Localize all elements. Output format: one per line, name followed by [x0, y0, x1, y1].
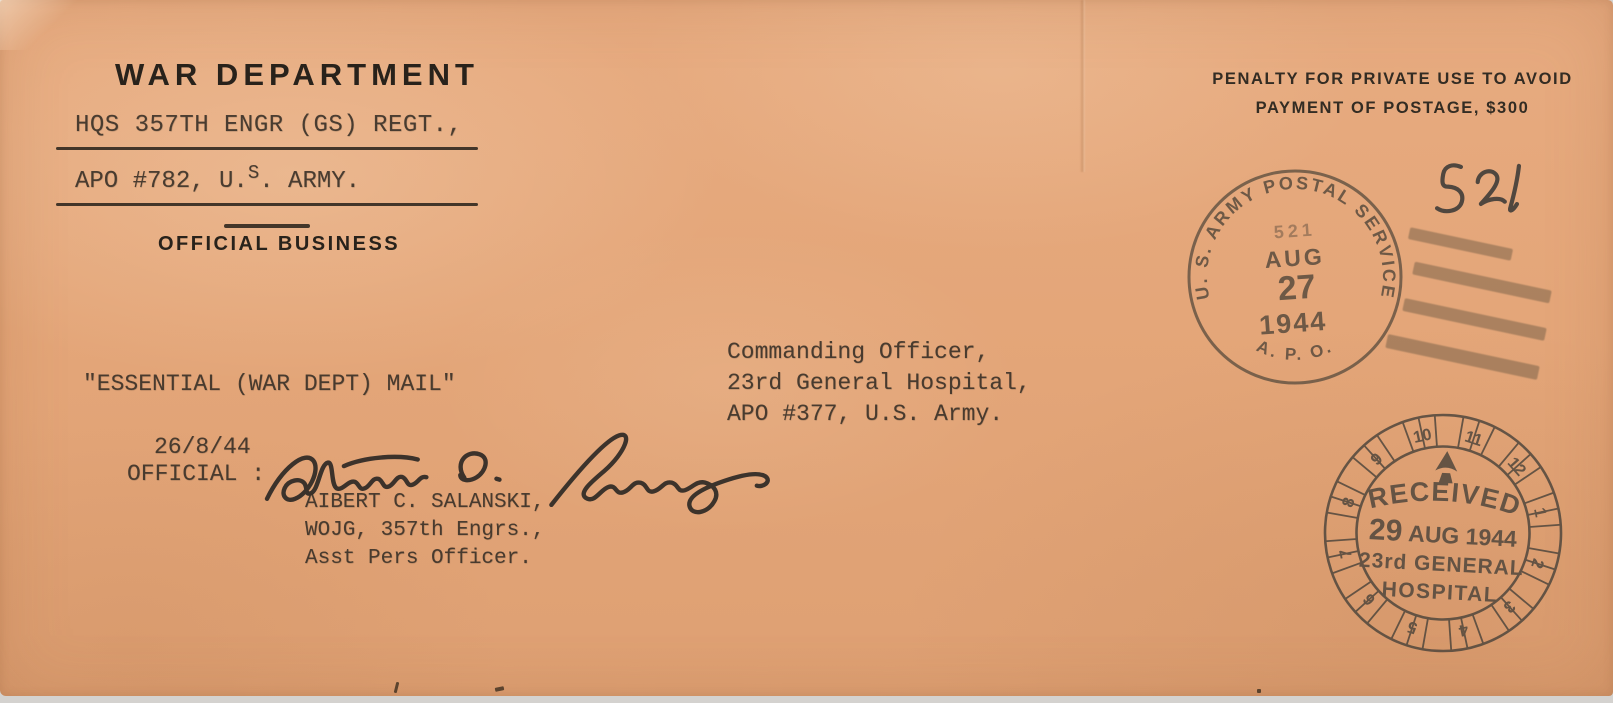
- dial-tick: [1449, 619, 1451, 650]
- dial-number: 1: [1530, 506, 1550, 519]
- dial-number: 4: [1456, 620, 1470, 640]
- sender-apo-line: APO #782, U.S. ARMY.: [75, 168, 360, 195]
- dial-number: 11: [1463, 428, 1485, 451]
- paper-crease: [1080, 0, 1085, 172]
- penalty-indicia: PENALTY FOR PRIVATE USE TO AVOID PAYMENT…: [1195, 70, 1590, 118]
- received-day: 29: [1368, 513, 1403, 548]
- dial-number: 7: [1336, 547, 1356, 560]
- dial-tick: [1332, 563, 1362, 574]
- dial-tick: [1524, 493, 1554, 504]
- postmark-number: 521: [1273, 219, 1316, 242]
- underline-1: [56, 147, 478, 150]
- essential-mail-endorsement: "ESSENTIAL (WAR DEPT) MAIL": [83, 371, 456, 397]
- war-department-title: WAR DEPARTMENT: [115, 57, 479, 93]
- sender-apo-pre: APO #782, U.: [75, 168, 248, 195]
- envelope-scan: WAR DEPARTMENT HQS 357TH ENGR (GS) REGT.…: [0, 0, 1613, 703]
- penalty-line-2: PAYMENT OF POSTAGE, $300: [1195, 99, 1590, 118]
- signer-rank-unit: WOJG, 357th Engrs.,: [305, 517, 544, 545]
- official-label: OFFICIAL :: [127, 461, 265, 487]
- dial-number: 8: [1339, 495, 1359, 509]
- postmark-date-block: 521 AUG 27 1944: [1252, 219, 1330, 341]
- received-month-year: AUG 1944: [1408, 520, 1518, 552]
- dial-tick: [1481, 427, 1495, 455]
- dial-tick: [1521, 571, 1549, 585]
- dial-tick: [1337, 481, 1365, 495]
- short-rule: [224, 224, 310, 228]
- dial-number: 5: [1405, 617, 1419, 637]
- dial-tick: [1327, 513, 1358, 518]
- dial-tick: [1529, 525, 1560, 527]
- recipient-line-2: 23rd General Hospital,: [727, 368, 1031, 399]
- dial-tick: [1325, 539, 1356, 541]
- received-stamp-23rd-general-hospital: 10 11 12 1 2 3 4 5 6 7 8 9: [1303, 393, 1583, 673]
- handwritten-number-521: [1420, 149, 1539, 225]
- sender-apo-sup: S: [248, 162, 259, 184]
- recipient-line-1: Commanding Officer,: [727, 337, 1031, 368]
- postmark-year: 1944: [1258, 306, 1328, 341]
- official-business-label: OFFICIAL BUSINESS: [158, 233, 400, 256]
- postmark-day: 27: [1277, 268, 1317, 309]
- army-postal-service-postmark: U. S. ARMY POSTAL SERVICE A. P. O. 521 A…: [1160, 142, 1430, 412]
- signer-role: Asst Pers Officer.: [305, 545, 544, 573]
- dial-tick: [1403, 422, 1414, 452]
- dial-number: 10: [1412, 425, 1434, 446]
- received-unit-line-1: 23rd GENERAL: [1358, 549, 1524, 581]
- dial-tick: [1423, 618, 1428, 649]
- paper-speck: [1257, 689, 1261, 693]
- underline-2: [56, 203, 478, 206]
- sender-apo-post: . ARMY.: [259, 168, 360, 195]
- signer-name: AIBERT C. SALANSKI,: [305, 489, 544, 517]
- penalty-line-1: PENALTY FOR PRIVATE USE TO AVOID: [1195, 70, 1590, 89]
- dial-tick: [1391, 611, 1405, 639]
- dial-tick: [1435, 415, 1437, 446]
- svg-text:A. P. O.: A. P. O.: [1254, 336, 1337, 364]
- received-unit-line-2: HOSPITAL: [1381, 578, 1499, 607]
- endorsement-date: 26/8/44: [154, 434, 251, 460]
- corner-fold: [0, 0, 80, 50]
- dial-tick: [1528, 548, 1559, 553]
- received-date: 29AUG 1944: [1368, 513, 1518, 554]
- dial-number: 2: [1527, 556, 1547, 570]
- sender-unit-line: HQS 357TH ENGR (GS) REGT.,: [75, 112, 462, 139]
- dial-tick: [1473, 614, 1484, 644]
- postmark-arc-bottom-text: A. P. O.: [1254, 336, 1337, 364]
- typed-signature-block: AIBERT C. SALANSKI, WOJG, 357th Engrs., …: [305, 489, 544, 573]
